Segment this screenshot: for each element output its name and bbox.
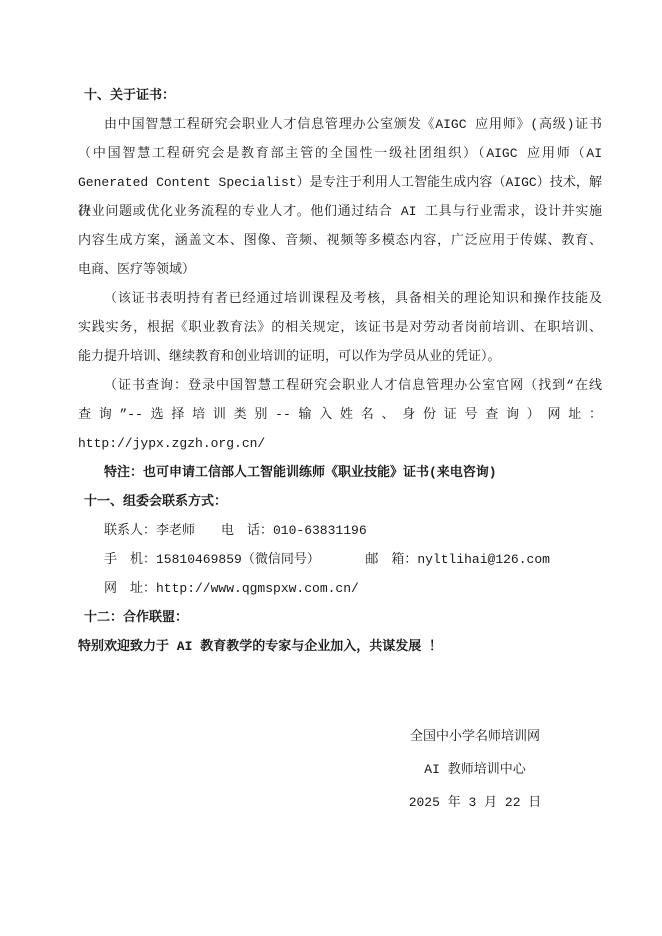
website-line: 网 址：http://www.qgmspxw.com.cn/ (78, 574, 602, 603)
signature-date: 2025 年 3 月 22 日 (348, 786, 602, 819)
paragraph-line: Generated Content Specialist）是专注于利用人工智能生… (78, 168, 602, 197)
contact-person-phone-line: 联系人：李老师 电 话：010-63831196 (78, 516, 602, 545)
signature-org: 全国中小学名师培训网 (348, 720, 602, 753)
paragraph-line: 实践实务，根据《职业教育法》的相关规定，该证书是对劳动者岗前培训、在职培训、 (78, 313, 602, 342)
special-note: 特注：也可申请工信部人工智能训练师《职业技能》证书(来电咨询) (78, 458, 602, 487)
paragraph-line: 查询”--选择培训类别--输入姓名、身份证号查询）网址： (78, 400, 602, 429)
certificate-query-url: http://jypx.zgzh.org.cn/ (78, 429, 602, 458)
section-10-heading: 十、关于证书： (78, 81, 602, 110)
section-11-heading: 十一、组委会联系方式： (78, 487, 602, 516)
section-12-heading: 十二：合作联盟： (78, 603, 602, 632)
paragraph-line: （该证书表明持有者已经通过培训课程及考核，具备相关的理论知识和操作技能及 (78, 284, 602, 313)
paragraph-line: （证书查询：登录中国智慧工程研究会职业人才信息管理办公室官网（找到“在线 (78, 371, 602, 400)
paragraph-line: （中国智慧工程研究会是教育部主管的全国性一级社团组织）（AIGC 应用师（AI (78, 139, 602, 168)
mobile-email-line: 手 机：15810469859（微信同号） 邮 箱：nyltlihai@126.… (78, 545, 602, 574)
signature-center: AI 教师培训中心 (348, 753, 602, 786)
paragraph-line: 行业问题或优化业务流程的专业人才。他们通过结合 AI 工具与行业需求，设计并实施 (78, 197, 602, 226)
paragraph-line: 由中国智慧工程研究会职业人才信息管理办公室颁发《AIGC 应用师》(高级)证书 (78, 110, 602, 139)
paragraph-line: 电商、医疗等领域） (78, 255, 602, 284)
document-page: 十、关于证书： 由中国智慧工程研究会职业人才信息管理办公室颁发《AIGC 应用师… (0, 0, 662, 819)
paragraph-line: 内容生成方案，涵盖文本、图像、音频、视频等多模态内容，广泛应用于传媒、教育、 (78, 226, 602, 255)
signature-block: 全国中小学名师培训网 AI 教师培训中心 2025 年 3 月 22 日 (78, 720, 602, 819)
paragraph-line: 能力提升培训、继续教育和创业培训的证明，可以作为学员从业的凭证）。 (78, 342, 602, 371)
cooperation-slogan: 特别欢迎致力于 AI 教育教学的专家与企业加入，共谋发展 ！ (78, 632, 602, 661)
